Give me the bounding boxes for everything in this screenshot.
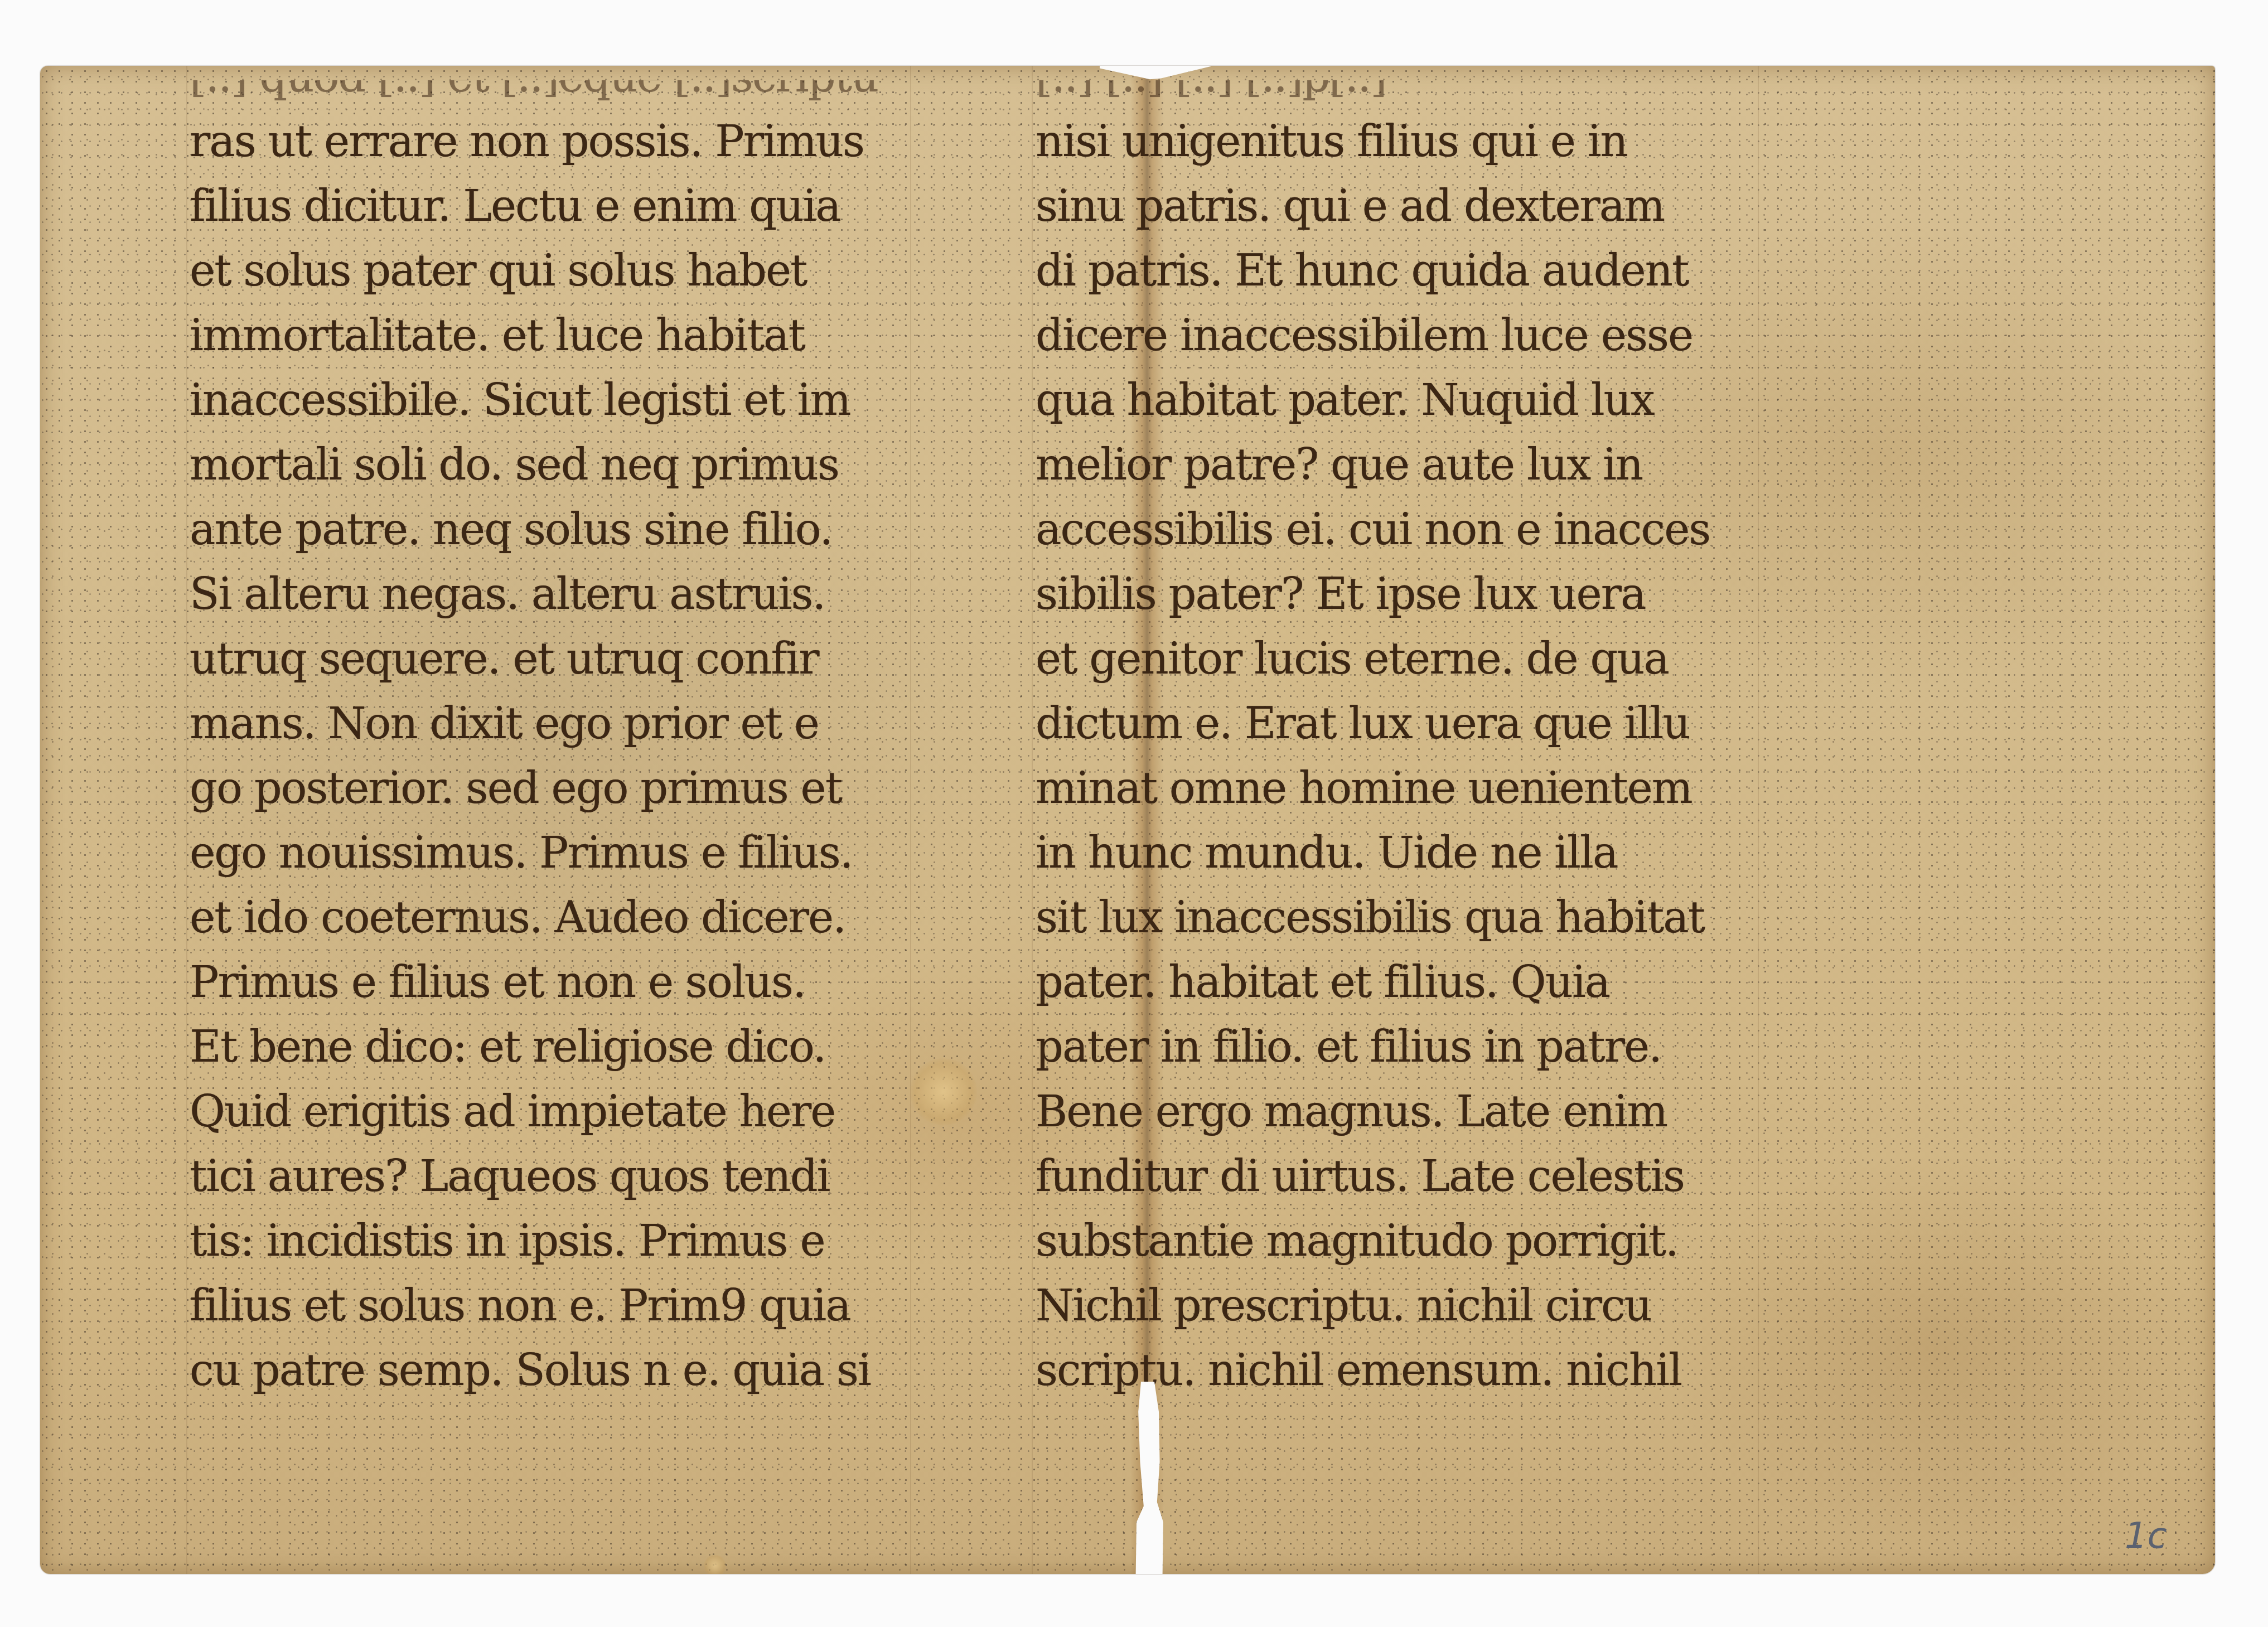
text-line: ante patre. neq solus sine filio. (190, 497, 909, 562)
text-column-left: [..] quod [..] et [..]eque [..]scriptu r… (190, 66, 909, 1403)
parchment-leaf: [..] quod [..] et [..]eque [..]scriptu r… (40, 66, 2215, 1574)
text-line: minat omne homine uenientem (1036, 756, 1755, 821)
text-line: ras ut errare non possis. Primus (190, 109, 909, 174)
margin-ruling-left-inner (910, 66, 911, 1574)
text-column-right: [..] [..] [..] [..]p[..] nisi unigenitus… (1036, 66, 1755, 1403)
text-line: ego nouissimus. Primus e filius. (190, 821, 909, 885)
text-line: funditur di uirtus. Late celestis (1036, 1144, 1755, 1209)
text-line: utruq sequere. et utruq confir (190, 627, 909, 691)
text-line: filius et solus non e. Prim9 quia (190, 1273, 909, 1338)
folio-number: 1c (2125, 1515, 2167, 1557)
text-line: Quid erigitis ad impietate here (190, 1079, 909, 1144)
text-line: mans. Non dixit ego prior et e (190, 691, 909, 756)
text-line: Primus e filius et non e solus. (190, 950, 909, 1015)
margin-ruling-right-inner (1032, 66, 1033, 1574)
text-line: qua habitat pater. Nuquid lux (1036, 368, 1755, 433)
text-line: dictum e. Erat lux uera que illu (1036, 691, 1755, 756)
text-line: cu patre semp. Solus n e. quia si (190, 1338, 909, 1403)
text-line: substantie magnitudo porrigit. (1036, 1209, 1755, 1273)
margin-ruling-right (1758, 66, 1759, 1574)
text-line: in hunc mundu. Uide ne illa (1036, 821, 1755, 885)
water-stain (910, 1058, 977, 1125)
text-line: nisi unigenitus filius qui e in (1036, 109, 1755, 174)
text-line: melior patre? que aute lux in (1036, 433, 1755, 497)
text-line: tis: incidistis in ipsis. Primus e (190, 1209, 909, 1273)
text-line: dicere inaccessibilem luce esse (1036, 303, 1755, 368)
pin-hole (704, 1555, 726, 1574)
text-line: et genitor lucis eterne. de qua (1036, 627, 1755, 691)
text-line: go posterior. sed ego primus et (190, 756, 909, 821)
text-line: inaccessibile. Sicut legisti et im (190, 368, 909, 433)
text-line: Nichil prescriptu. nichil circu (1036, 1273, 1755, 1338)
text-line: sinu patris. qui e ad dexteram (1036, 174, 1755, 239)
text-line: immortalitate. et luce habitat (190, 303, 909, 368)
text-line: sit lux inaccessibilis qua habitat (1036, 885, 1755, 950)
text-line: accessibilis ei. cui non e inacces (1036, 497, 1755, 562)
text-line: Et bene dico: et religiose dico. (190, 1015, 909, 1079)
text-line: Bene ergo magnus. Late enim (1036, 1079, 1755, 1144)
text-line: pater. habitat et filius. Quia (1036, 950, 1755, 1015)
text-line: filius dicitur. Lectu e enim quia (190, 174, 909, 239)
text-line: tici aures? Laqueos quos tendi (190, 1144, 909, 1209)
text-line: di patris. Et hunc quida audent (1036, 239, 1755, 303)
margin-ruling-left (186, 66, 187, 1574)
text-line: Si alteru negas. alteru astruis. (190, 562, 909, 627)
text-line: et ido coeternus. Audeo dicere. (190, 885, 909, 950)
text-line: [..] quod [..] et [..]eque [..]scriptu (190, 66, 909, 109)
text-line: et solus pater qui solus habet (190, 239, 909, 303)
text-line: mortali soli do. sed neq primus (190, 433, 909, 497)
text-line: pater in filio. et filius in patre. (1036, 1015, 1755, 1079)
text-line: sibilis pater? Et ipse lux uera (1036, 562, 1755, 627)
